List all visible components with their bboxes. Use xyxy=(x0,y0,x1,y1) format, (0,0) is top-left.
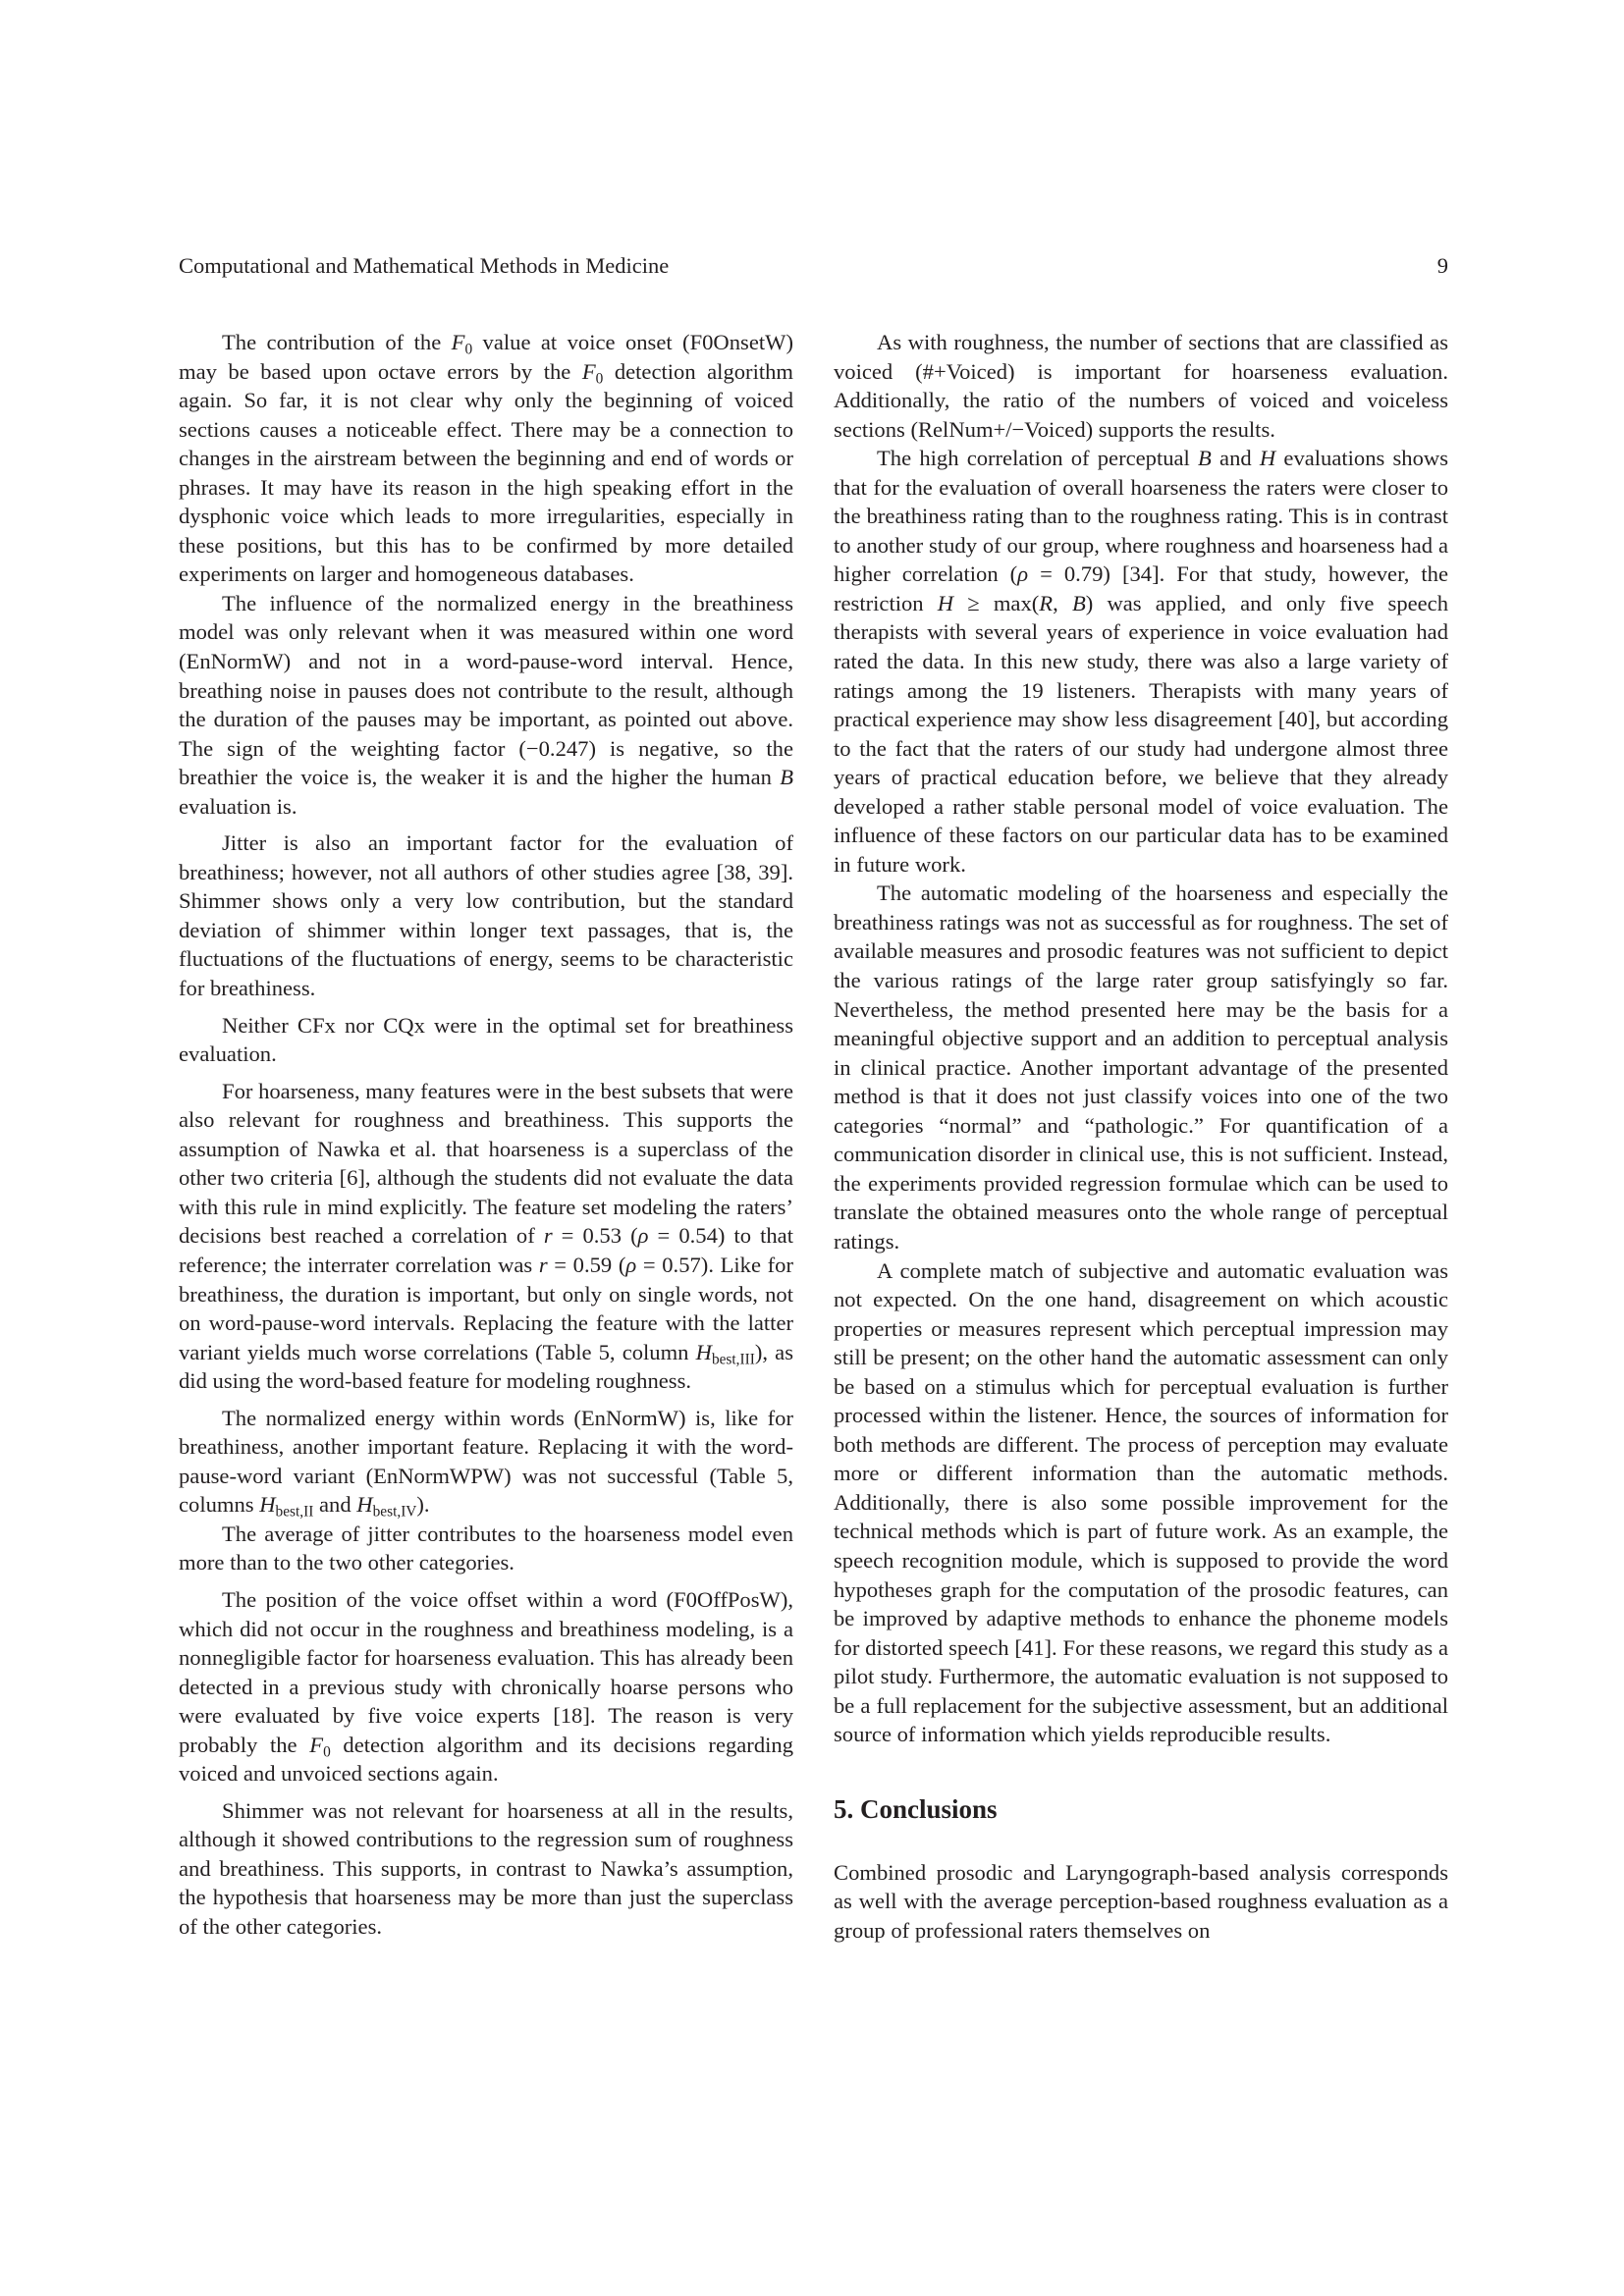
section-heading-conclusions: 5. Conclusions xyxy=(834,1793,1448,1825)
paragraph-shimmer-hoarseness: Shimmer was not relevant for hoarseness … xyxy=(179,1796,793,1942)
paragraph-hoarseness-features: For hoarseness, many features were in th… xyxy=(179,1077,793,1396)
paragraph-f0-onset: The contribution of the F0 value at voic… xyxy=(179,328,793,589)
paragraph-b-h-correlation: The high correlation of perceptual B and… xyxy=(834,444,1448,879)
paragraph-automatic-modeling: The automatic modeling of the hoarseness… xyxy=(834,879,1448,1255)
paragraph-complete-match: A complete match of subjective and autom… xyxy=(834,1256,1448,1749)
paragraph-f0offposw: The position of the voice offset within … xyxy=(179,1585,793,1789)
paragraph-enormw: The normalized energy within words (EnNo… xyxy=(179,1404,793,1520)
left-column: The contribution of the F0 value at voic… xyxy=(179,328,793,1942)
paragraph-jitter-hoarseness: The average of jitter contributes to the… xyxy=(179,1520,793,1577)
paragraph-conclusions: Combined prosodic and Laryngograph-based… xyxy=(834,1858,1448,1946)
right-column: As with roughness, the number of section… xyxy=(834,328,1448,1945)
paragraph-cfx-cqx: Neither CFx nor CQx were in the optimal … xyxy=(179,1011,793,1069)
paragraph-jitter-breathiness: Jitter is also an important factor for t… xyxy=(179,828,793,1002)
page-number: 9 xyxy=(1437,251,1448,281)
paragraph-voiced-sections: As with roughness, the number of section… xyxy=(834,328,1448,444)
journal-title: Computational and Mathematical Methods i… xyxy=(179,251,669,281)
running-header: Computational and Mathematical Methods i… xyxy=(179,251,1448,281)
paragraph-normalized-energy: The influence of the normalized energy i… xyxy=(179,589,793,821)
